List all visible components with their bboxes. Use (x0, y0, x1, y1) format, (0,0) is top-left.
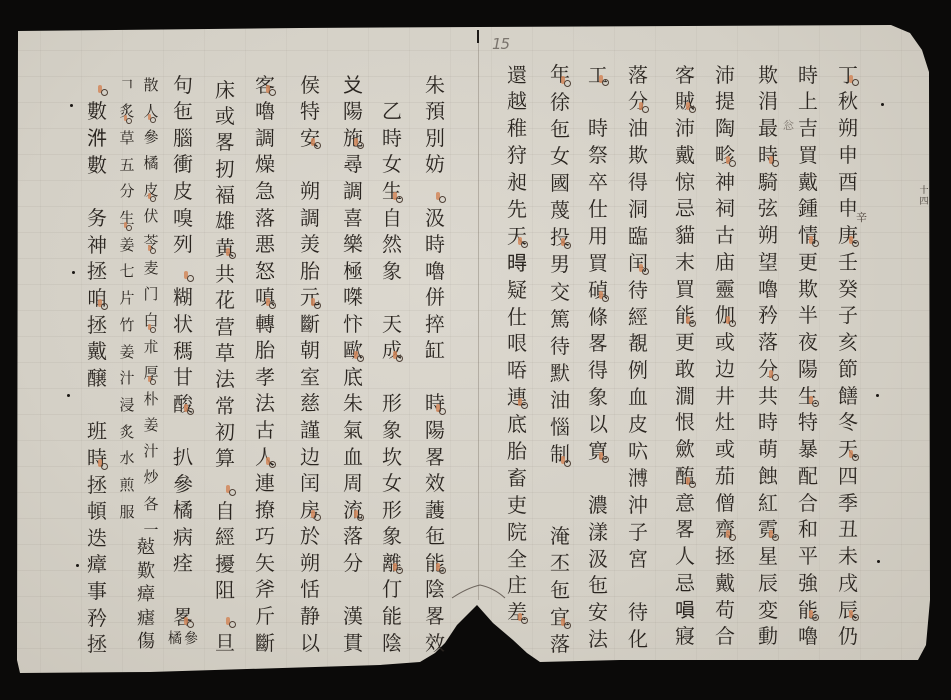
tear-pencil-outline (0, 0, 951, 700)
